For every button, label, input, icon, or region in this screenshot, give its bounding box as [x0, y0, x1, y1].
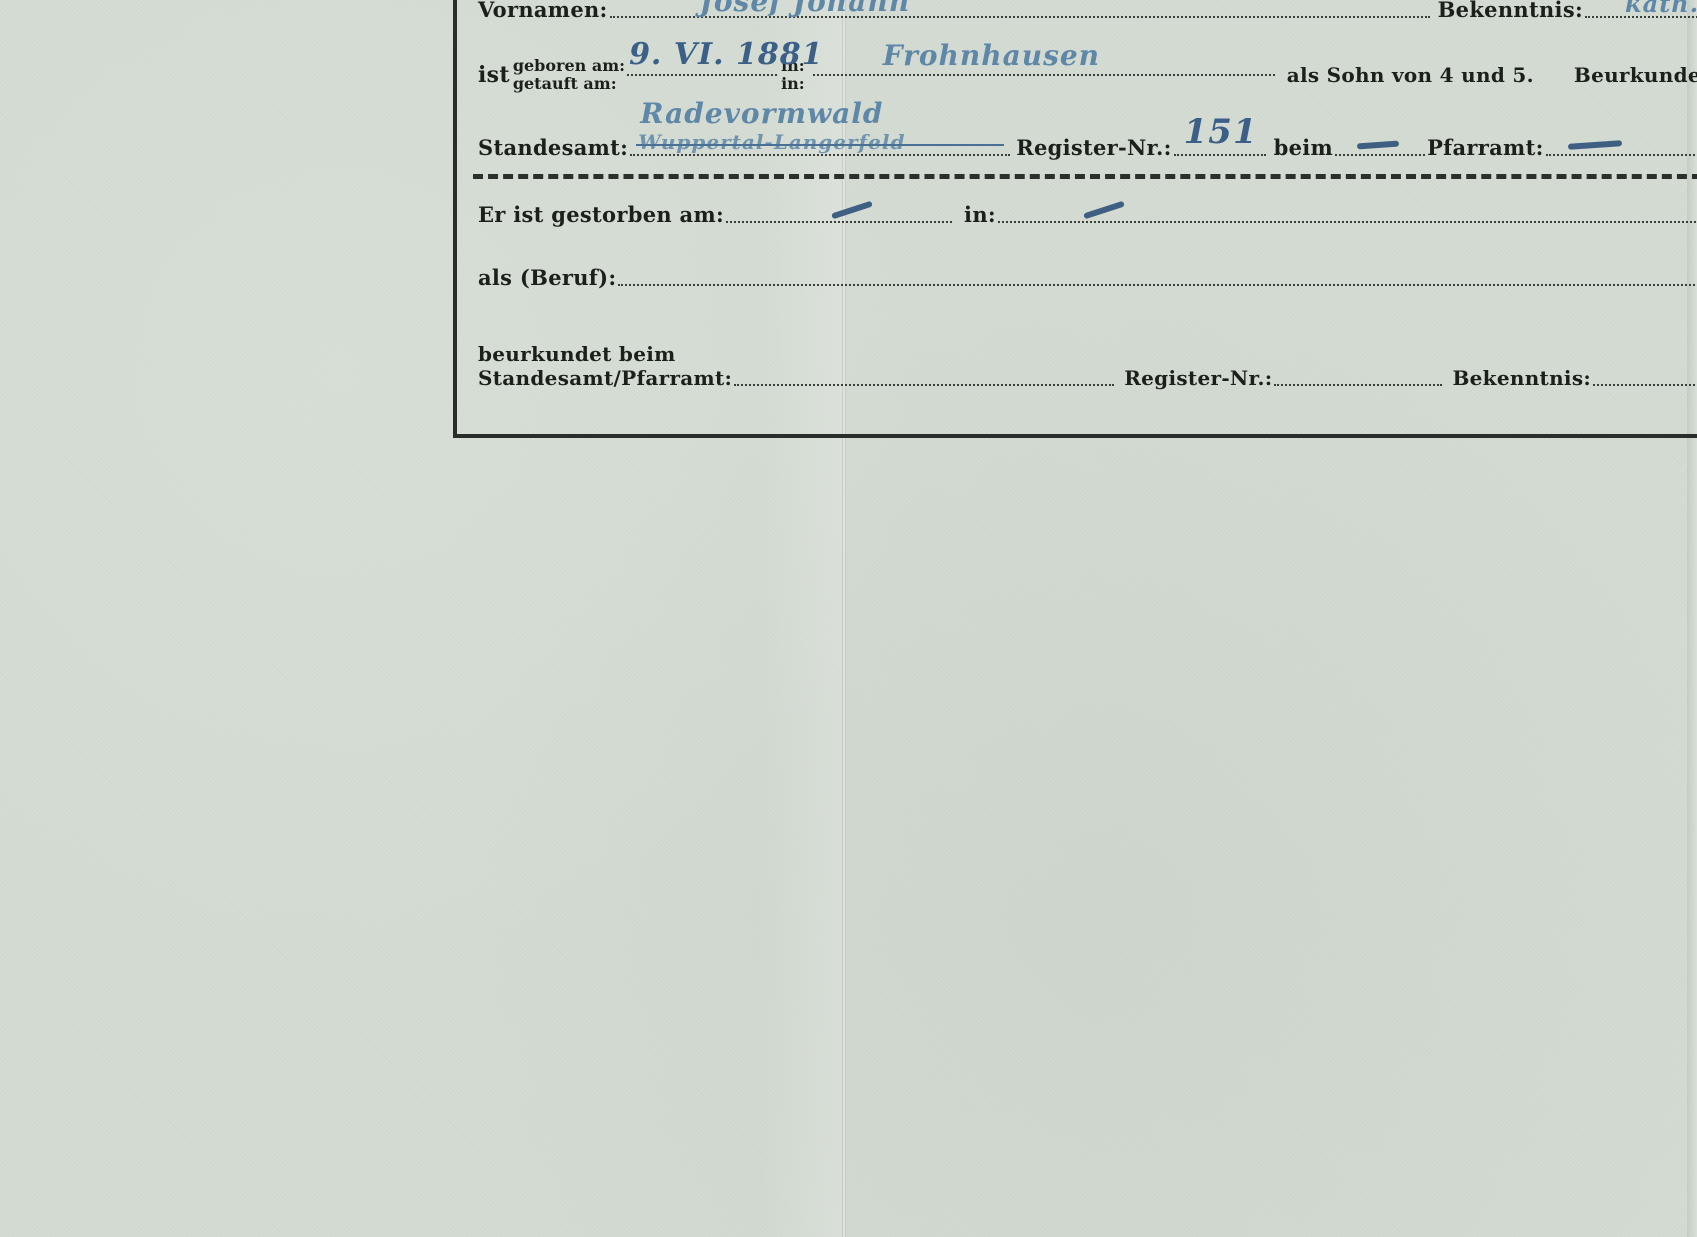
section-separator: [473, 174, 1697, 183]
row-standesamt: Standesamt: Radevormwald Wuppertal-Lange…: [457, 132, 1697, 160]
row-geboren: ist geboren am: getauft am: 9. VI. 1881 …: [457, 52, 1697, 98]
pfarramt-label: Pfarramt:: [1427, 135, 1544, 160]
ist-label: ist: [478, 62, 510, 88]
standesamt-label: Standesamt:: [478, 135, 628, 160]
beim-label: beim: [1274, 135, 1333, 160]
beim-field[interactable]: [1335, 132, 1425, 156]
geboren-place-field[interactable]: Frohnhausen: [813, 52, 1275, 76]
beurkundet-beim-label: beurkundet beim: [478, 342, 732, 366]
beurkundet-register-field[interactable]: [1274, 362, 1442, 386]
register-nr-label: Register-Nr.:: [1016, 135, 1171, 160]
beurkundet-register-label: Register-Nr.:: [1124, 366, 1272, 390]
beurkundet-bekenntnis-field[interactable]: [1593, 362, 1697, 386]
als-sohn-text: als Sohn von 4 und 5.: [1287, 63, 1534, 87]
beruf-field[interactable]: [618, 262, 1697, 286]
vornamen-value: Josef Johann: [700, 0, 910, 18]
geboren-date-value: 9. VI. 1881: [629, 37, 823, 72]
gestorben-date-field[interactable]: [726, 199, 952, 223]
beurkundet-labels: beurkundet beim Standesamt/Pfarramt:: [478, 342, 732, 390]
beurkundet-bekenntnis-label: Bekenntnis:: [1452, 366, 1591, 390]
getauft-label: getauft am:: [513, 75, 625, 93]
beim-dash-mark: [1357, 141, 1399, 150]
gestorben-in-label: in:: [964, 202, 996, 227]
row-beurkundet: beurkundet beim Standesamt/Pfarramt: Reg…: [457, 342, 1697, 390]
geboren-date-field[interactable]: 9. VI. 1881: [627, 52, 777, 76]
geboren-place-value: Frohnhausen: [883, 39, 1100, 72]
geboren-label: geboren am:: [513, 57, 625, 75]
row-beruf: als (Beruf):: [457, 262, 1697, 290]
gestorben-label: Er ist gestorben am:: [478, 202, 724, 227]
row-gestorben: Er ist gestorben am: in:: [457, 199, 1697, 227]
standesamt-field[interactable]: Radevormwald Wuppertal-Langerfeld: [630, 132, 1010, 156]
beurkundet-standesamt-field[interactable]: [734, 362, 1114, 386]
standesamt-correction: Radevormwald: [640, 97, 883, 130]
bekenntnis-value: kath.: [1625, 0, 1697, 18]
record-form: Vornamen: Josef Johann Bekenntnis: kath.…: [453, 0, 1697, 438]
standesamt-pfarramt-label: Standesamt/Pfarramt:: [478, 366, 732, 390]
beurkundet-text: Beurkundet b: [1574, 63, 1697, 87]
register-nr-value: 151: [1184, 112, 1258, 152]
vornamen-field[interactable]: Josef Johann: [610, 0, 1430, 18]
bekenntnis-label: Bekenntnis:: [1438, 0, 1583, 22]
gestorben-place-dash-mark: [1083, 201, 1125, 220]
strikethrough-line: [636, 144, 1004, 146]
geboren-getauft-labels: geboren am: getauft am:: [513, 57, 625, 93]
pfarramt-dash-mark: [1567, 140, 1621, 150]
row-vornamen: Vornamen: Josef Johann Bekenntnis: kath.: [457, 0, 1697, 22]
standesamt-struck-value: Wuppertal-Langerfeld: [638, 130, 905, 154]
pfarramt-field[interactable]: [1546, 132, 1697, 156]
register-nr-field[interactable]: 151: [1174, 132, 1266, 156]
gestorben-date-dash-mark: [831, 201, 873, 220]
in-label-getauft: in:: [781, 75, 805, 93]
bekenntnis-field[interactable]: kath.: [1585, 0, 1697, 18]
beruf-label: als (Beruf):: [478, 265, 616, 290]
vornamen-label: Vornamen:: [478, 0, 608, 22]
gestorben-place-field[interactable]: [998, 199, 1697, 223]
